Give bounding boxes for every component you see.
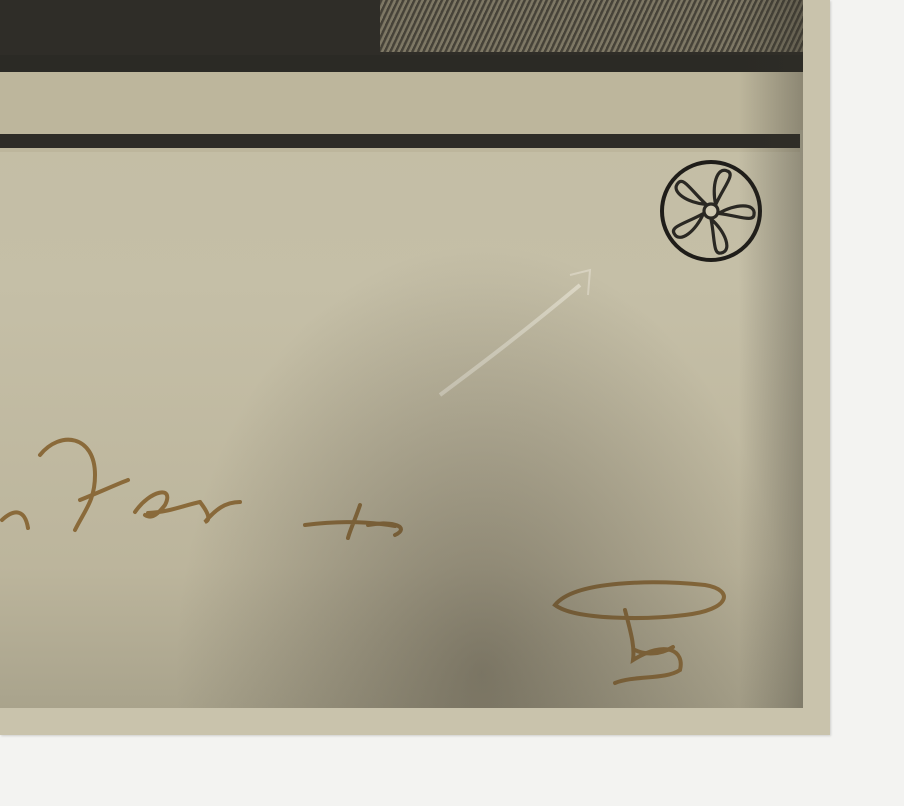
engraved-hatching <box>380 0 803 52</box>
handwritten-monogram <box>535 565 745 695</box>
handwritten-inscription: …n Ver ÷ <box>0 420 430 550</box>
border-strip <box>0 72 803 130</box>
plate-area: …n Ver ÷ <box>0 0 803 708</box>
mount-board: …n Ver ÷ <box>0 0 904 806</box>
paper-sheet: …n Ver ÷ <box>0 0 830 735</box>
engraved-image-bottom <box>0 0 803 68</box>
svg-text:…n Ver ÷: …n Ver ÷ <box>0 420 77 424</box>
border-line-bottom <box>0 130 800 152</box>
paper-crease <box>430 265 600 405</box>
rosette-stamp-icon <box>656 158 766 264</box>
border-line-top <box>0 55 803 72</box>
